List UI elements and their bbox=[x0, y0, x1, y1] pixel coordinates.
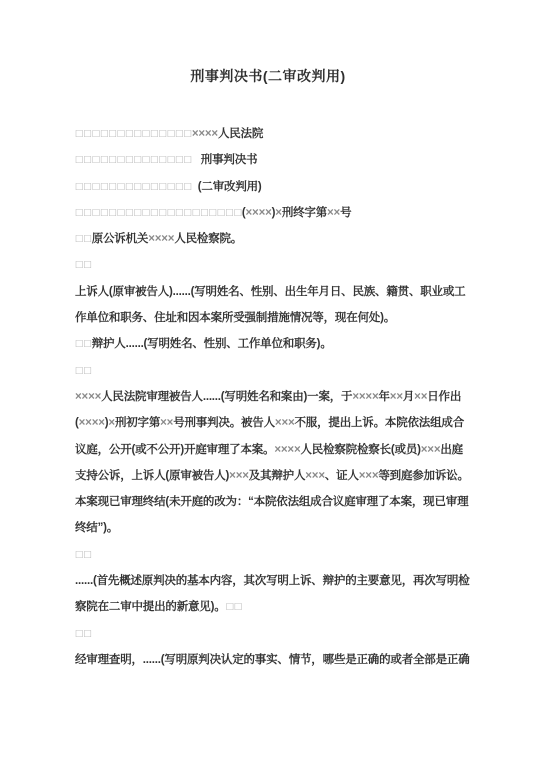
placeholder-box-glyph: □ bbox=[143, 181, 150, 193]
x-mark-glyph: × bbox=[168, 233, 175, 245]
placeholder-box-glyph: □ bbox=[193, 207, 200, 219]
placeholder-box-glyph: □ bbox=[84, 628, 91, 640]
placeholder-box-glyph: □ bbox=[101, 181, 108, 193]
placeholder-box-glyph: □ bbox=[126, 207, 133, 219]
placeholder-box-glyph: □ bbox=[184, 181, 191, 193]
placeholder-box-glyph: □ bbox=[168, 154, 175, 166]
placeholder-box-glyph: □ bbox=[109, 207, 116, 219]
placeholder-box-glyph: □ bbox=[235, 601, 242, 613]
x-mark-glyph: × bbox=[318, 470, 325, 482]
placeholder-box-glyph: □ bbox=[209, 207, 216, 219]
placeholder-box-glyph: □ bbox=[118, 181, 125, 193]
placeholder-box-glyph: □ bbox=[159, 128, 166, 140]
document-body: □□□□□□□□□□□□□□××××人民法院□□□□□□□□□□□□□□ 刑事判… bbox=[75, 121, 525, 673]
doc-line: □□辩护人......(写明姓名、性别、工作单位和职务)。 bbox=[75, 331, 525, 357]
doc-line: □□ bbox=[75, 621, 525, 647]
placeholder-box-glyph: □ bbox=[109, 154, 116, 166]
placeholder-box-glyph: □ bbox=[76, 628, 83, 640]
placeholder-box-glyph: □ bbox=[109, 128, 116, 140]
placeholder-box-glyph: □ bbox=[134, 181, 141, 193]
placeholder-box-glyph: □ bbox=[118, 154, 125, 166]
placeholder-box-glyph: □ bbox=[84, 181, 91, 193]
placeholder-box-glyph: □ bbox=[184, 207, 191, 219]
placeholder-box-glyph: □ bbox=[101, 154, 108, 166]
placeholder-box-glyph: □ bbox=[84, 549, 91, 561]
placeholder-box-glyph: □ bbox=[92, 154, 99, 166]
x-mark-glyph: × bbox=[334, 207, 341, 219]
placeholder-box-glyph: □ bbox=[126, 154, 133, 166]
x-mark-glyph: × bbox=[372, 470, 379, 482]
placeholder-box-glyph: □ bbox=[76, 549, 83, 561]
placeholder-box-glyph: □ bbox=[92, 207, 99, 219]
placeholder-box-glyph: □ bbox=[159, 207, 166, 219]
doc-line: □□ bbox=[75, 542, 525, 568]
placeholder-box-glyph: □ bbox=[76, 338, 83, 350]
placeholder-box-glyph: □ bbox=[118, 207, 125, 219]
x-mark-glyph: × bbox=[288, 417, 295, 429]
doc-line: 上诉人(原审被告人)......(写明姓名、性别、出生年月日、民族、籍贯、职业或… bbox=[75, 279, 525, 305]
placeholder-box-glyph: □ bbox=[151, 154, 158, 166]
placeholder-box-glyph: □ bbox=[151, 207, 158, 219]
placeholder-box-glyph: □ bbox=[168, 207, 175, 219]
placeholder-box-glyph: □ bbox=[76, 259, 83, 271]
placeholder-box-glyph: □ bbox=[176, 207, 183, 219]
doc-line: ××××人民法院审理被告人......(写明姓名和案由)一案，于××××年××月… bbox=[75, 384, 525, 410]
placeholder-box-glyph: □ bbox=[84, 154, 91, 166]
placeholder-box-glyph: □ bbox=[159, 181, 166, 193]
placeholder-box-glyph: □ bbox=[218, 207, 225, 219]
placeholder-box-glyph: □ bbox=[176, 128, 183, 140]
doc-line: □□□□□□□□□□□□□□□□□□□□(××××)×刑终字第××号 bbox=[75, 200, 525, 226]
placeholder-box-glyph: □ bbox=[184, 154, 191, 166]
doc-line: □□□□□□□□□□□□□□ (二审改判用) bbox=[75, 174, 525, 200]
document-page: { "title": { "text": "刑事判决书(二审改判用)" }, "… bbox=[0, 0, 536, 757]
doc-line: □□ bbox=[75, 252, 525, 278]
placeholder-box-glyph: □ bbox=[159, 154, 166, 166]
placeholder-box-glyph: □ bbox=[176, 154, 183, 166]
placeholder-box-glyph: □ bbox=[168, 128, 175, 140]
doc-line: ......(首先概述原判决的基本内容，其次写明上诉、辩护的主要意见，再次写明检 bbox=[75, 568, 525, 594]
x-mark-glyph: × bbox=[167, 417, 174, 429]
placeholder-box-glyph: □ bbox=[84, 259, 91, 271]
placeholder-box-glyph: □ bbox=[76, 365, 83, 377]
doc-line: □□□□□□□□□□□□□□ 刑事判决书 bbox=[75, 147, 525, 173]
x-mark-glyph: × bbox=[95, 391, 102, 403]
placeholder-box-glyph: □ bbox=[76, 181, 83, 193]
placeholder-box-glyph: □ bbox=[226, 207, 233, 219]
placeholder-box-glyph: □ bbox=[151, 181, 158, 193]
placeholder-box-glyph: □ bbox=[101, 207, 108, 219]
doc-line: □□原公诉机关××××人民检察院。 bbox=[75, 226, 525, 252]
doc-line: □□ bbox=[75, 358, 525, 384]
doc-line: □□□□□□□□□□□□□□××××人民法院 bbox=[75, 121, 525, 147]
placeholder-box-glyph: □ bbox=[76, 128, 83, 140]
x-mark-glyph: × bbox=[434, 444, 441, 456]
x-mark-glyph: × bbox=[372, 391, 379, 403]
placeholder-box-glyph: □ bbox=[76, 154, 83, 166]
doc-line: (××××)×刑初字第××号刑事判决。被告人×××不服，提出上诉。本院依法组成合 bbox=[75, 410, 525, 436]
placeholder-box-glyph: □ bbox=[92, 128, 99, 140]
doc-line: 经审理查明，......(写明原判决认定的事实、情节，哪些是正确的或者全部是正确 bbox=[75, 647, 525, 673]
placeholder-box-glyph: □ bbox=[84, 128, 91, 140]
x-mark-glyph: × bbox=[275, 207, 282, 219]
page-title: 刑事判决书(二审改判用) bbox=[0, 63, 536, 89]
placeholder-box-glyph: □ bbox=[84, 365, 91, 377]
placeholder-box-glyph: □ bbox=[168, 181, 175, 193]
placeholder-box-glyph: □ bbox=[151, 128, 158, 140]
placeholder-box-glyph: □ bbox=[76, 207, 83, 219]
doc-line: 议庭，公开(或不公开)开庭审理了本案。××××人民检察院检察长(或员)×××出庭 bbox=[75, 437, 525, 463]
doc-line: 支持公诉，上诉人(原审被告人)×××及其辩护人×××、证人×××等到庭参加诉讼。 bbox=[75, 463, 525, 489]
placeholder-box-glyph: □ bbox=[76, 233, 83, 245]
placeholder-box-glyph: □ bbox=[226, 601, 233, 613]
doc-line: 察院在二审中提出的新意见)。□□ bbox=[75, 594, 525, 620]
placeholder-box-glyph: □ bbox=[176, 181, 183, 193]
placeholder-box-glyph: □ bbox=[134, 128, 141, 140]
x-mark-glyph: × bbox=[242, 470, 249, 482]
x-mark-glyph: × bbox=[294, 444, 301, 456]
placeholder-box-glyph: □ bbox=[134, 207, 141, 219]
placeholder-box-glyph: □ bbox=[109, 181, 116, 193]
x-mark-glyph: × bbox=[98, 417, 105, 429]
x-mark-glyph: × bbox=[421, 391, 428, 403]
x-mark-glyph: × bbox=[396, 391, 403, 403]
doc-line: 作单位和职务、住址和因本案所受强制措施情况等，现在何处)。 bbox=[75, 305, 525, 331]
placeholder-box-glyph: □ bbox=[143, 207, 150, 219]
placeholder-box-glyph: □ bbox=[126, 128, 133, 140]
doc-line: 本案现已审理终结(未开庭的改为：“本院依法组成合议庭审理了本案，现已审理 bbox=[75, 489, 525, 515]
placeholder-box-glyph: □ bbox=[84, 233, 91, 245]
placeholder-box-glyph: □ bbox=[143, 128, 150, 140]
x-mark-glyph: × bbox=[108, 417, 115, 429]
placeholder-box-glyph: □ bbox=[134, 154, 141, 166]
placeholder-box-glyph: □ bbox=[101, 128, 108, 140]
x-mark-glyph: × bbox=[265, 207, 272, 219]
placeholder-box-glyph: □ bbox=[234, 207, 241, 219]
placeholder-box-glyph: □ bbox=[84, 207, 91, 219]
placeholder-box-glyph: □ bbox=[126, 181, 133, 193]
placeholder-box-glyph: □ bbox=[184, 128, 191, 140]
placeholder-box-glyph: □ bbox=[118, 128, 125, 140]
placeholder-box-glyph: □ bbox=[201, 207, 208, 219]
placeholder-box-glyph: □ bbox=[84, 338, 91, 350]
doc-line: 终结”)。 bbox=[75, 515, 525, 541]
placeholder-box-glyph: □ bbox=[92, 181, 99, 193]
x-mark-glyph: × bbox=[211, 128, 218, 140]
placeholder-box-glyph: □ bbox=[143, 154, 150, 166]
